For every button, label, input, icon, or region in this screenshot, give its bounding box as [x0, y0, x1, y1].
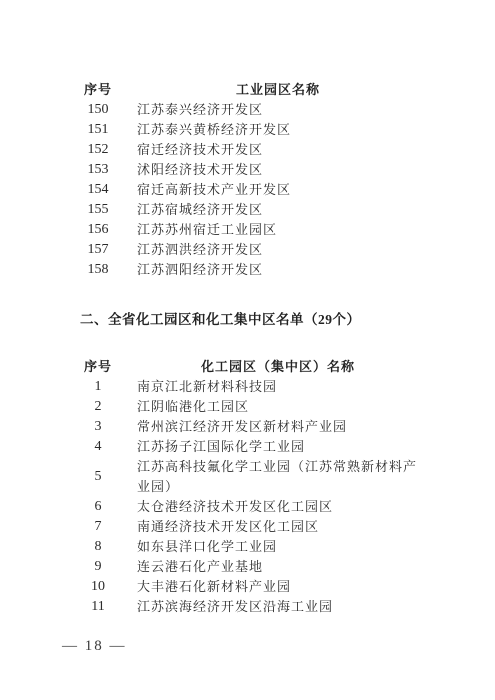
row-park-name: 南京江北新材料科技园 [137, 377, 419, 397]
document-content: 序号 工业园区名称 150 江苏泰兴经济开发区 151 江苏泰兴黄桥经济开发区 [0, 0, 495, 617]
chemical-parks-table: 序号 化工园区（集中区）名称 1 南京江北新材料科技园 2 江阴临港化工园区 [80, 357, 495, 617]
row-park-name: 江苏泰兴黄桥经济开发区 [137, 120, 419, 140]
chemical-parks-table-header: 序号 化工园区（集中区）名称 [80, 357, 495, 377]
row-park-name: 江苏宿城经济开发区 [137, 200, 419, 220]
row-park-name: 江苏滨海经济开发区沿海工业园 [137, 597, 419, 617]
row-serial-number: 5 [80, 467, 116, 487]
document-page: 序号 工业园区名称 150 江苏泰兴经济开发区 151 江苏泰兴黄桥经济开发区 [0, 0, 495, 700]
column-header-serial-number: 序号 [80, 80, 116, 100]
chemical-parks-section-title: 二、全省化工园区和化工集中区名单（29个） [80, 310, 495, 330]
chemical-parks-table-body: 1 南京江北新材料科技园 2 江阴临港化工园区 3 常州滨江经济开发区新材料产业… [80, 377, 495, 617]
row-serial-number: 8 [80, 537, 116, 557]
row-serial-number: 150 [80, 100, 116, 120]
row-park-name: 太仓港经济技术开发区化工园区 [137, 497, 419, 517]
table-row: 2 江阴临港化工园区 [80, 397, 495, 417]
industrial-parks-table-body: 150 江苏泰兴经济开发区 151 江苏泰兴黄桥经济开发区 152 宿迁经济技术… [80, 100, 495, 280]
row-serial-number: 151 [80, 120, 116, 140]
row-park-name: 南通经济技术开发区化工园区 [137, 517, 419, 537]
row-serial-number: 153 [80, 160, 116, 180]
row-park-name: 江阴临港化工园区 [137, 397, 419, 417]
row-park-name: 常州滨江经济开发区新材料产业园 [137, 417, 419, 437]
row-serial-number: 152 [80, 140, 116, 160]
row-park-name: 江苏泗洪经济开发区 [137, 240, 419, 260]
industrial-parks-table: 序号 工业园区名称 150 江苏泰兴经济开发区 151 江苏泰兴黄桥经济开发区 [80, 80, 495, 280]
row-serial-number: 9 [80, 557, 116, 577]
table-row: 3 常州滨江经济开发区新材料产业园 [80, 417, 495, 437]
table-row: 11 江苏滨海经济开发区沿海工业园 [80, 597, 495, 617]
column-header-serial-number: 序号 [80, 357, 116, 377]
row-park-name: 如东县洋口化学工业园 [137, 537, 419, 557]
table-row: 10 大丰港石化新材料产业园 [80, 577, 495, 597]
row-park-name: 宿迁高新技术产业开发区 [137, 180, 419, 200]
table-row: 5 江苏高科技氟化学工业园（江苏常熟新材料产业园） [80, 457, 495, 497]
row-serial-number: 6 [80, 497, 116, 517]
table-row: 8 如东县洋口化学工业园 [80, 537, 495, 557]
table-row: 158 江苏泗阳经济开发区 [80, 260, 495, 280]
row-serial-number: 10 [80, 577, 116, 597]
row-serial-number: 158 [80, 260, 116, 280]
row-serial-number: 11 [80, 597, 116, 617]
row-park-name: 江苏扬子江国际化学工业园 [137, 437, 419, 457]
column-header-park-name: 工业园区名称 [137, 80, 419, 100]
table-row: 6 太仓港经济技术开发区化工园区 [80, 497, 495, 517]
row-serial-number: 1 [80, 377, 116, 397]
row-park-name: 江苏苏州宿迁工业园区 [137, 220, 419, 240]
row-park-name: 大丰港石化新材料产业园 [137, 577, 419, 597]
row-park-name: 连云港石化产业基地 [137, 557, 419, 577]
table-row: 153 沭阳经济技术开发区 [80, 160, 495, 180]
table-row: 4 江苏扬子江国际化学工业园 [80, 437, 495, 457]
table-row: 154 宿迁高新技术产业开发区 [80, 180, 495, 200]
row-park-name: 江苏泗阳经济开发区 [137, 260, 419, 280]
table-row: 9 连云港石化产业基地 [80, 557, 495, 577]
row-serial-number: 4 [80, 437, 116, 457]
row-park-name: 江苏高科技氟化学工业园（江苏常熟新材料产业园） [137, 457, 419, 497]
table-row: 150 江苏泰兴经济开发区 [80, 100, 495, 120]
row-park-name: 江苏泰兴经济开发区 [137, 100, 419, 120]
row-serial-number: 157 [80, 240, 116, 260]
row-park-name: 宿迁经济技术开发区 [137, 140, 419, 160]
industrial-parks-table-header: 序号 工业园区名称 [80, 80, 495, 100]
table-row: 156 江苏苏州宿迁工业园区 [80, 220, 495, 240]
row-park-name: 沭阳经济技术开发区 [137, 160, 419, 180]
row-serial-number: 3 [80, 417, 116, 437]
table-row: 1 南京江北新材料科技园 [80, 377, 495, 397]
row-serial-number: 155 [80, 200, 116, 220]
table-row: 7 南通经济技术开发区化工园区 [80, 517, 495, 537]
row-serial-number: 7 [80, 517, 116, 537]
row-serial-number: 156 [80, 220, 116, 240]
table-row: 157 江苏泗洪经济开发区 [80, 240, 495, 260]
row-serial-number: 154 [80, 180, 116, 200]
table-row: 151 江苏泰兴黄桥经济开发区 [80, 120, 495, 140]
table-row: 155 江苏宿城经济开发区 [80, 200, 495, 220]
table-row: 152 宿迁经济技术开发区 [80, 140, 495, 160]
row-serial-number: 2 [80, 397, 116, 417]
page-number: — 18 — [62, 638, 127, 655]
column-header-chemical-park-name: 化工园区（集中区）名称 [137, 357, 419, 377]
